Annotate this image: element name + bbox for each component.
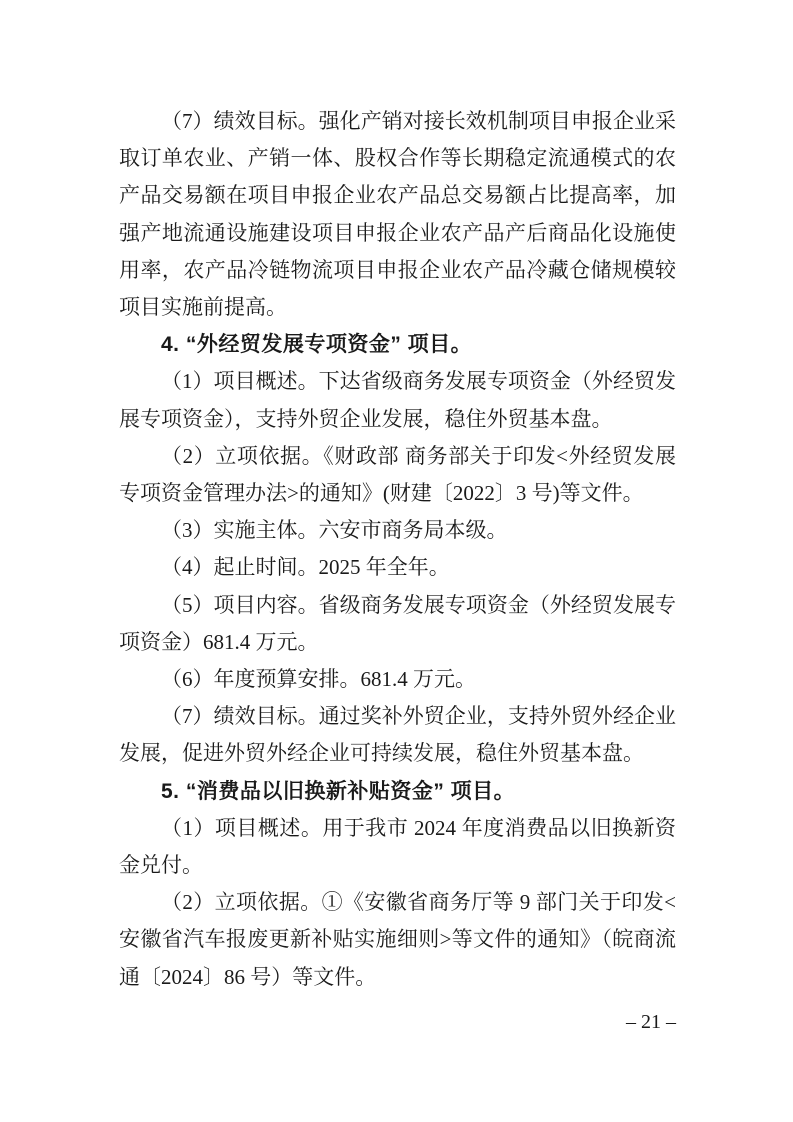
paragraph: （2）立项依据。《财政部 商务部关于印发<外经贸发展专项资金管理办法>的通知》(… <box>119 438 676 512</box>
document-body: （7）绩效目标。强化产销对接长效机制项目申报企业采取订单农业、产销一体、股权合作… <box>119 103 676 996</box>
paragraph: （1）项目概述。下达省级商务发展专项资金（外经贸发展专项资金），支持外贸企业发展… <box>119 363 676 437</box>
paragraph: （1）项目概述。用于我市 2024 年度消费品以旧换新资金兑付。 <box>119 810 676 884</box>
document-page: （7）绩效目标。强化产销对接长效机制项目申报企业采取订单农业、产销一体、股权合作… <box>0 0 793 1122</box>
section-heading: 5. “消费品以旧换新补贴资金” 项目。 <box>119 773 676 810</box>
paragraph: （5）项目内容。省级商务发展专项资金（外经贸发展专项资金）681.4 万元。 <box>119 587 676 661</box>
paragraph: （3）实施主体。六安市商务局本级。 <box>119 512 676 549</box>
page-number: – 21 – <box>626 1008 676 1036</box>
paragraph: （2）立项依据。①《安徽省商务厅等 9 部门关于印发<安徽省汽车报废更新补贴实施… <box>119 884 676 996</box>
section-heading: 4. “外经贸发展专项资金” 项目。 <box>119 326 676 363</box>
paragraph: （7）绩效目标。通过奖补外贸企业，支持外贸外经企业发展，促进外贸外经企业可持续发… <box>119 698 676 772</box>
paragraph: （4）起止时间。2025 年全年。 <box>119 549 676 586</box>
paragraph: （6）年度预算安排。681.4 万元。 <box>119 661 676 698</box>
paragraph: （7）绩效目标。强化产销对接长效机制项目申报企业采取订单农业、产销一体、股权合作… <box>119 103 676 326</box>
